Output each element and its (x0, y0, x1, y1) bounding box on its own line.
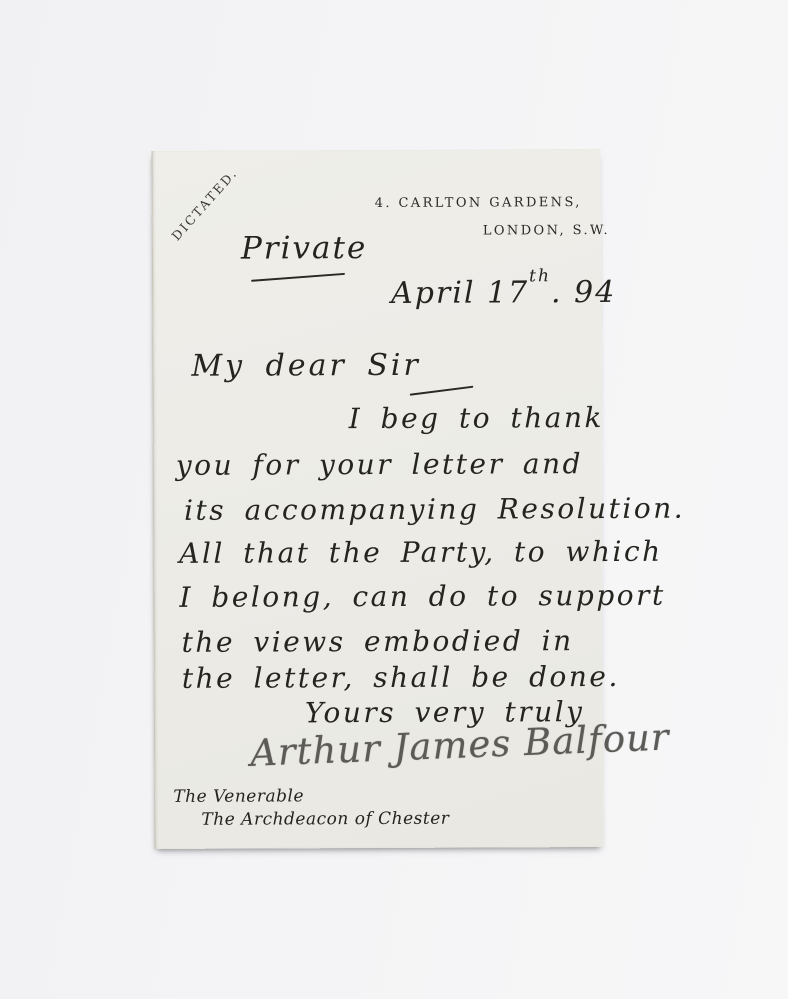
body-line-1: I beg to thank (349, 401, 604, 435)
dictated-stamp: DICTATED. (168, 165, 240, 243)
private-annotation: Private (241, 230, 368, 267)
salutation-dash (410, 386, 474, 396)
salutation: My dear Sir (191, 348, 421, 384)
date-line: April 17th. 94 (391, 275, 616, 311)
body-line-7: the letter, shall be done. (182, 660, 620, 695)
photo-background: DICTATED. 4. CARLTON GARDENS, LONDON, S.… (0, 0, 788, 999)
recipient-line-2: The Archdeacon of Chester (201, 809, 449, 830)
letterhead-address-line1: 4. CARLTON GARDENS, (375, 195, 582, 211)
body-line-4: All that the Party, to which (179, 535, 663, 570)
letter-paper: DICTATED. 4. CARLTON GARDENS, LONDON, S.… (151, 149, 603, 849)
body-line-2: you for your letter and (176, 447, 583, 482)
body-line-6: the views embodied in (182, 624, 574, 659)
recipient-line-1: The Venerable (173, 786, 304, 807)
private-underline (251, 273, 345, 282)
body-line-3: its accompanying Resolution. (184, 492, 685, 527)
body-line-5: I belong, can do to support (179, 579, 665, 614)
letterhead-address-line2: LONDON, S.W. (483, 223, 610, 239)
date-day: April 17 (391, 275, 529, 311)
date-year: . 94 (551, 275, 616, 310)
date-ordinal: th (529, 266, 551, 286)
